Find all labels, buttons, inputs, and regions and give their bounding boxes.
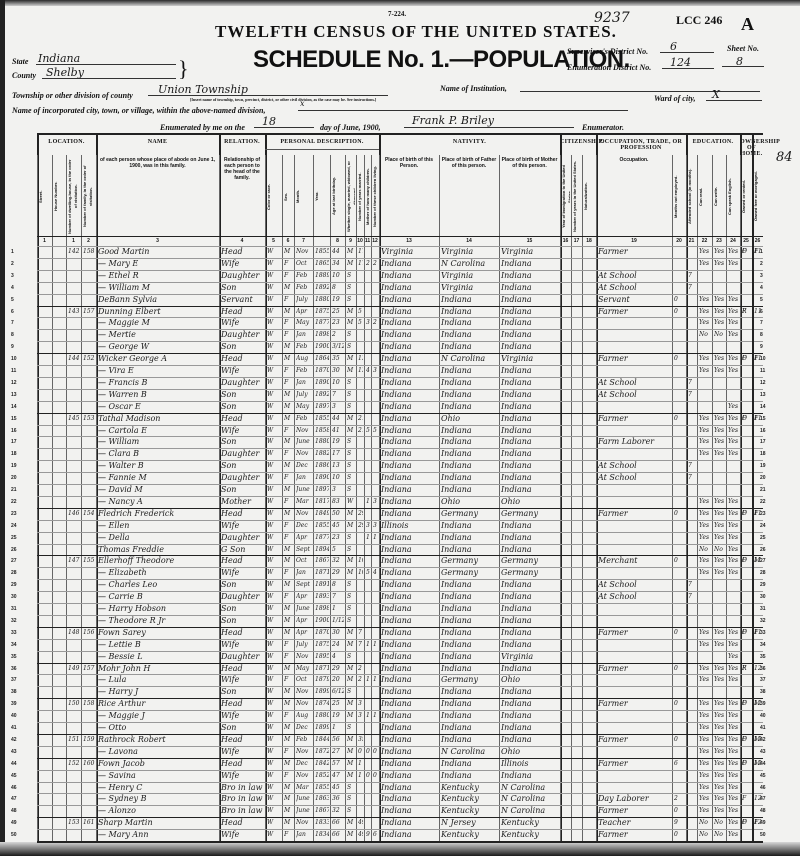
cell-sch: 7: [688, 389, 696, 401]
cell-occ: At School: [598, 389, 671, 401]
cell-fpob: Kentucky: [441, 805, 498, 817]
cell-year: 1844: [315, 734, 329, 746]
cell-age: 6/12: [332, 686, 344, 698]
cell-chl: 3: [373, 520, 378, 532]
cell-year: 1889: [315, 270, 329, 282]
line-number-left: 15: [11, 416, 17, 422]
cell-rel: Daughter: [221, 270, 264, 282]
cell-read: Yes: [699, 365, 711, 377]
film-number: 9237: [594, 10, 630, 26]
cell-color: W: [267, 793, 281, 805]
cell-sex: F: [284, 532, 293, 544]
cell-year: 1852: [315, 770, 329, 782]
cell-month: Dec: [296, 722, 312, 734]
cell-name: Ellerhoff Theodore: [98, 555, 218, 567]
line-number-left: 12: [11, 380, 17, 386]
cell-fam: 158: [83, 698, 95, 710]
line-number-left: 34: [11, 642, 17, 648]
cell-month: Feb: [296, 413, 312, 425]
cell-mpob: Indiana: [501, 579, 559, 591]
cell-year: 1898: [315, 329, 329, 341]
line-number-right: 41: [760, 725, 766, 731]
line-number-right: 9: [760, 344, 763, 350]
cell-fpob: Indiana: [441, 294, 498, 306]
cell-rel: Mother: [221, 496, 264, 508]
cell-color: W: [267, 317, 281, 329]
cell-rel: Head: [221, 758, 264, 770]
cell-farm: F: [742, 758, 751, 770]
sheet-label: Sheet No.: [727, 44, 759, 53]
cell-ms: S: [347, 615, 355, 627]
line-number-left: 47: [11, 796, 17, 802]
cell-color: W: [267, 365, 281, 377]
cell-sex: M: [284, 555, 293, 567]
cell-sex: F: [284, 377, 293, 389]
cell-fpob: N Jersey: [441, 817, 498, 829]
cell-ch: 5: [366, 567, 370, 579]
cell-rel: Bro in law: [221, 805, 264, 817]
cell-eng: Yes: [728, 258, 739, 270]
cell-chl: 3: [373, 496, 378, 508]
cell-ms: M: [347, 698, 355, 710]
cell-year: 1870: [315, 627, 329, 639]
cell-month: June: [296, 603, 312, 615]
cell-year: 1834: [315, 829, 329, 841]
page-letter: A: [741, 14, 754, 35]
cell-rel: Daughter: [221, 472, 264, 484]
column-header: Street.: [38, 159, 51, 234]
cell-ym: 29: [358, 508, 363, 520]
cell-ms: S: [347, 805, 355, 817]
cell-age: 56: [332, 734, 344, 746]
column-header: Months not employed.: [673, 159, 685, 234]
cell-year: 1872: [315, 746, 329, 758]
line-number-right: 47: [760, 796, 766, 802]
table-row: — Fannie MDaughterWFJan189010SIndianaInd…: [37, 472, 763, 484]
cell-month: June: [296, 805, 312, 817]
cell-chl: 1: [373, 710, 378, 722]
cell-age: 32: [332, 805, 344, 817]
cell-farm: F: [742, 627, 751, 639]
cell-year: 1855: [315, 520, 329, 532]
cell-ym: 7: [358, 627, 363, 639]
table-row: — Harry HobsonSonWMJune18981SIndianaIndi…: [37, 603, 763, 615]
cell-eng: Yes: [728, 651, 739, 663]
cell-month: Nov: [296, 246, 312, 258]
cell-age: 66: [332, 817, 344, 829]
cell-age: 44: [332, 246, 344, 258]
line-number-right: 6: [760, 309, 763, 315]
cell-rel: Daughter: [221, 448, 264, 460]
cell-ch: 0: [366, 770, 370, 782]
cell-dw: 144: [68, 353, 80, 365]
cell-year: 1880: [315, 436, 329, 448]
column-header: Place of birth of Father of this person.: [440, 157, 498, 232]
cell-pob: Indiana: [381, 413, 438, 425]
cell-ms: M: [347, 758, 355, 770]
cell-occ: Servant: [598, 294, 671, 306]
line-number-right: 3: [760, 273, 763, 279]
cell-sex: M: [284, 246, 293, 258]
cell-name: Tathal Madison: [98, 413, 218, 425]
cell-rel: Son: [221, 436, 264, 448]
cell-ms: M: [347, 817, 355, 829]
cell-read: Yes: [699, 436, 711, 448]
cell-read: No: [699, 817, 711, 829]
cell-month: Jan: [296, 567, 312, 579]
cell-mpob: Indiana: [501, 734, 559, 746]
cell-age: 24: [332, 639, 344, 651]
cell-name: — Alonzo: [98, 805, 218, 817]
cell-read: Yes: [699, 246, 711, 258]
cell-sch: 7: [688, 460, 696, 472]
cell-fpob: Indiana: [441, 686, 498, 698]
cell-rel: Head: [221, 627, 264, 639]
cell-year: 1882: [315, 448, 329, 460]
cell-age: 10: [332, 377, 344, 389]
column-number: 21: [686, 238, 697, 244]
column-number: 5: [265, 238, 282, 244]
column-number: 16: [560, 238, 571, 244]
cell-eng: Yes: [728, 317, 739, 329]
cell-fam: 152: [83, 353, 95, 365]
cell-sex: F: [284, 567, 293, 579]
cell-rel: Head: [221, 698, 264, 710]
cell-year: 1863: [315, 793, 329, 805]
cell-pob: Indiana: [381, 270, 438, 282]
cell-age: 10: [332, 472, 344, 484]
line-number-left: 43: [11, 749, 17, 755]
census-title: TWELFTH CENSUS OF THE UNITED STATES.: [215, 22, 617, 42]
cell-write: Yes: [714, 436, 725, 448]
cell-name: Rice Arthur: [98, 698, 218, 710]
cell-occ: At School: [598, 579, 671, 591]
cell-write: Yes: [714, 353, 725, 365]
column-header: Naturalization.: [583, 159, 595, 234]
cell-ms: M: [347, 770, 355, 782]
cell-age: 23: [332, 532, 344, 544]
cell-age: 25: [332, 698, 344, 710]
cell-mne: 6: [674, 758, 685, 770]
cell-name: Fledrich Frederick: [98, 508, 218, 520]
cell-sex: M: [284, 698, 293, 710]
cell-ym: 49: [358, 829, 363, 841]
cell-sex: M: [284, 603, 293, 615]
cell-sex: M: [284, 722, 293, 734]
cell-name: — Harry J: [98, 686, 218, 698]
cell-read: No: [699, 829, 711, 841]
cell-sex: M: [284, 817, 293, 829]
cell-pob: Illinois: [381, 520, 438, 532]
cell-age: 4: [332, 651, 344, 663]
cell-occ: At School: [598, 591, 671, 603]
cell-fam: 153: [83, 413, 95, 425]
cell-month: Jan: [296, 329, 312, 341]
cell-ms: M: [347, 365, 355, 377]
column-group-header: LOCATION.: [37, 139, 96, 145]
line-number-right: 13: [760, 392, 766, 398]
cell-age: 2: [332, 329, 344, 341]
cell-fpob: Indiana: [441, 770, 498, 782]
cell-write: Yes: [714, 805, 725, 817]
cell-fpob: Kentucky: [441, 829, 498, 841]
cell-rel: Head: [221, 508, 264, 520]
cell-sex: M: [284, 484, 293, 496]
cell-age: 35: [332, 353, 344, 365]
cell-rel: Son: [221, 686, 264, 698]
cell-ms: S: [347, 341, 355, 353]
cell-eng: Yes: [728, 817, 739, 829]
cell-rel: Head: [221, 555, 264, 567]
table-row: — Clara BDaughterWFNov188217SIndianaIndi…: [37, 448, 763, 460]
cell-year: 1867: [315, 555, 329, 567]
cell-read: Yes: [699, 520, 711, 532]
table-row: 152160Fown JacobHeadWMDec184257M1Indiana…: [37, 758, 763, 770]
cell-eng: Yes: [728, 294, 739, 306]
cell-age: 10: [332, 270, 344, 282]
cell-sch: 7: [688, 591, 696, 603]
cell-name: — David M: [98, 484, 218, 496]
cell-month: Nov: [296, 686, 312, 698]
column-number: 19: [596, 238, 672, 244]
cell-rel: Bro in law: [221, 793, 264, 805]
column-number: 15: [499, 238, 560, 244]
cell-ms: S: [347, 294, 355, 306]
line-number-left: 20: [11, 475, 17, 481]
cell-rel: Wife: [221, 317, 264, 329]
cell-occ: At School: [598, 377, 671, 389]
cell-ym: 1: [358, 758, 363, 770]
table-row: 146154Fledrich FrederickHeadWMNov184950M…: [37, 508, 763, 520]
cell-fam: 161: [83, 817, 95, 829]
line-number-left: 10: [11, 356, 17, 362]
cell-ms: M: [347, 317, 355, 329]
cell-eng: Yes: [728, 401, 739, 413]
cell-chl: 1: [373, 639, 378, 651]
line-number-right: 46: [760, 785, 766, 791]
cell-farm: F: [742, 555, 751, 567]
column-header: Age at last birthday.: [331, 159, 344, 234]
cell-mne: 0: [674, 508, 685, 520]
header-bottom-rule: [37, 236, 763, 237]
cell-mne: 0: [674, 413, 685, 425]
line-number-left: 1: [11, 249, 14, 255]
cell-mne: 0: [674, 353, 685, 365]
cell-name: — Mertie: [98, 329, 218, 341]
cell-ym: 21: [358, 413, 363, 425]
cell-name: — Ethel R: [98, 270, 218, 282]
cell-ch: 1: [366, 674, 370, 686]
cell-sex: M: [284, 460, 293, 472]
cell-fpob: N Carolina: [441, 353, 498, 365]
table-row: — William MSonWMFeb18928SIndianaVirginia…: [37, 282, 763, 294]
cell-name: — Bessie L: [98, 651, 218, 663]
cell-color: W: [267, 639, 281, 651]
cell-mpob: Kentucky: [501, 829, 559, 841]
column-header: Place of birth of Mother of this person.: [500, 157, 559, 232]
cell-rel: Daughter: [221, 532, 264, 544]
cell-age: 3/12: [332, 341, 344, 353]
cell-age: 27: [332, 746, 344, 758]
population-table: LOCATION.NAMERELATION.PERSONAL DESCRIPTI…: [37, 133, 763, 841]
cell-month: Apr: [296, 615, 312, 627]
cell-month: Oct: [296, 555, 312, 567]
line-number-right: 33: [760, 630, 766, 636]
cell-sex: F: [284, 317, 293, 329]
cell-sex: F: [284, 448, 293, 460]
cell-month: Jan: [296, 829, 312, 841]
cell-mpob: Indiana: [501, 294, 559, 306]
cell-eng: Yes: [728, 555, 739, 567]
line-number-right: 7: [760, 320, 763, 326]
cell-month: June: [296, 484, 312, 496]
margin-note: 84: [776, 150, 793, 165]
cell-mpob: Virginia: [501, 651, 559, 663]
cell-occ: Day Laborer: [598, 793, 671, 805]
cell-occ: Teacher: [598, 817, 671, 829]
table-row: 145153Tathal MadisonHeadWMFeb185544M21In…: [37, 413, 763, 425]
cell-read: Yes: [699, 294, 711, 306]
cell-mpob: Illinois: [501, 758, 559, 770]
cell-color: W: [267, 294, 281, 306]
table-row: — Harry JSonWMNov18996/12SIndianaIndiana…: [37, 686, 763, 698]
cell-month: May: [296, 317, 312, 329]
cell-year: 1899: [315, 686, 329, 698]
cell-pob: Indiana: [381, 722, 438, 734]
column-number: 1: [37, 238, 52, 244]
cell-ms: S: [347, 329, 355, 341]
cell-pob: Indiana: [381, 448, 438, 460]
cell-rel: Son: [221, 389, 264, 401]
cell-fpob: Indiana: [441, 520, 498, 532]
cell-write: Yes: [714, 639, 725, 651]
cell-age: 1/12: [332, 615, 344, 627]
line-number-left: 21: [11, 487, 17, 493]
line-number-left: 46: [11, 785, 17, 791]
table-row: — Walter BSonWMDec188613SIndianaIndianaI…: [37, 460, 763, 472]
cell-pob: Indiana: [381, 686, 438, 698]
cell-age: 29: [332, 567, 344, 579]
cell-sex: F: [284, 591, 293, 603]
cell-month: Mar: [296, 496, 312, 508]
cell-year: 1849: [315, 508, 329, 520]
column-header: Can read.: [698, 159, 711, 234]
cell-ms: S: [347, 448, 355, 460]
cell-sex: M: [284, 615, 293, 627]
cell-fpob: Indiana: [441, 472, 498, 484]
cell-year: 1886: [315, 460, 329, 472]
cell-pob: Indiana: [381, 805, 438, 817]
cell-ms: M: [347, 829, 355, 841]
cell-rel: Wife: [221, 829, 264, 841]
cell-color: W: [267, 555, 281, 567]
cell-mpob: Indiana: [501, 710, 559, 722]
cell-fpob: Indiana: [441, 401, 498, 413]
cell-color: W: [267, 651, 281, 663]
cell-eng: Yes: [728, 758, 739, 770]
cell-name: Rathrock Robert: [98, 734, 218, 746]
cell-fpob: Indiana: [441, 722, 498, 734]
cell-fpob: Indiana: [441, 329, 498, 341]
cell-ym: 13: [358, 365, 363, 377]
cell-pob: Indiana: [381, 436, 438, 448]
cell-mpob: Ohio: [501, 746, 559, 758]
cell-sch: 7: [688, 270, 696, 282]
cell-name: — George W: [98, 341, 218, 353]
county-label: County: [12, 71, 36, 80]
cell-mne: 0: [674, 555, 685, 567]
cell-mpob: Indiana: [501, 472, 559, 484]
cell-month: Aug: [296, 710, 312, 722]
line-number-left: 17: [11, 439, 17, 445]
cell-occ: Farmer: [598, 734, 671, 746]
cell-name: — Oscar E: [98, 401, 218, 413]
cell-dw: 145: [68, 413, 80, 425]
column-header: Place of birth of this Person.: [380, 157, 438, 232]
cell-rel: Head: [221, 817, 264, 829]
cell-read: Yes: [699, 317, 711, 329]
cell-month: June: [296, 793, 312, 805]
column-number: 11: [364, 238, 371, 244]
township-label: Township or other division of county: [12, 91, 133, 100]
cell-dw: 146: [68, 508, 80, 520]
line-number-left: 37: [11, 677, 17, 683]
cell-occ: Farmer: [598, 627, 671, 639]
cell-write: Yes: [714, 258, 725, 270]
cell-age: 8: [332, 579, 344, 591]
cell-ym: 10: [358, 567, 363, 579]
cell-dw: 147: [68, 555, 80, 567]
line-number-left: 45: [11, 773, 17, 779]
cell-age: 34: [332, 258, 344, 270]
cell-occ: Merchant: [598, 555, 671, 567]
cell-pob: Indiana: [381, 758, 438, 770]
table-row: — Lettie BWifeWFJuly187524M711IndianaInd…: [37, 639, 763, 651]
cell-color: W: [267, 686, 281, 698]
cell-mne: 0: [674, 805, 685, 817]
cell-fpob: Indiana: [441, 532, 498, 544]
cell-sex: F: [284, 829, 293, 841]
cell-mne: 2: [674, 793, 685, 805]
cell-pob: Indiana: [381, 829, 438, 841]
cell-mpob: Indiana: [501, 591, 559, 603]
line-number-left: 11: [11, 368, 16, 374]
cell-eng: Yes: [728, 734, 739, 746]
cell-name: — Elizabeth: [98, 567, 218, 579]
cell-pob: Indiana: [381, 603, 438, 615]
line-number-right: 19: [760, 463, 766, 469]
cell-ms: M: [347, 734, 355, 746]
cell-rel: Son: [221, 484, 264, 496]
table-row: 147155Ellerhoff TheodoreHeadWMOct186732M…: [37, 555, 763, 567]
column-header: Number of family, in the order of visita…: [82, 159, 95, 234]
cell-name: — Fannie M: [98, 472, 218, 484]
table-row: — WilliamSonWMJune188019SIndianaIndianaI…: [37, 436, 763, 448]
line-number-right: 4: [760, 285, 763, 291]
cell-pob: Indiana: [381, 710, 438, 722]
cell-color: W: [267, 567, 281, 579]
table-row: 142158Good MartinHeadWMNov185544M17Virgi…: [37, 246, 763, 258]
cell-mpob: Indiana: [501, 484, 559, 496]
enumerated-prefix: Enumerated by me on the: [160, 123, 245, 132]
column-header: Owned or rented.: [741, 159, 751, 234]
column-number: 12: [371, 238, 379, 244]
table-row: — Theodore R JrSonWMApr19001/12SIndianaI…: [37, 615, 763, 627]
cell-fam: 158: [83, 246, 95, 258]
cell-eng: Yes: [728, 329, 739, 341]
cell-sex: M: [284, 508, 293, 520]
cell-fpob: Indiana: [441, 365, 498, 377]
